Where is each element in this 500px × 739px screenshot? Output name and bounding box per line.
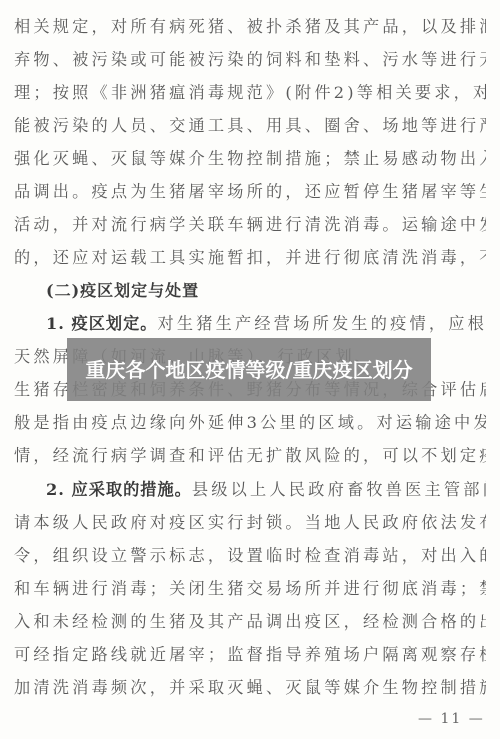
text-line: 入和未经检测的生猪及其产品调出疫区，经检测合格的出栏肥猪 <box>14 612 486 632</box>
document-page: 相关规定，对所有病死猪、被扑杀猪及其产品，以及排泄物、餐厨废 弃物、被污染或可能… <box>0 0 500 739</box>
item-1-lead: 1. 疫区划定。 <box>46 314 157 333</box>
text-line: 请本级人民政府对疫区实行封锁。当地人民政府依法发布封锁 <box>14 513 486 533</box>
overlay-title-banner: 重庆各个地区疫情等级/重庆疫区划分 <box>67 338 431 401</box>
text-line: 令，组织设立警示标志，设置临时检查消毒站，对出入的相关人员 <box>14 546 486 566</box>
section-heading: (二)疫区划定与处置 <box>46 281 199 301</box>
page-number: — 11 — <box>418 710 485 728</box>
text-line: 相关规定，对所有病死猪、被扑杀猪及其产品，以及排泄物、餐厨废 <box>14 17 486 37</box>
text-line: 强化灭蝇、灭鼠等媒介生物控制措施；禁止易感动物出入和相关产 <box>14 149 486 169</box>
text-line: 理；按照《非洲猪瘟消毒规范》(附件2)等相关要求，对被污染或可 <box>14 83 486 103</box>
item-2-first-line: 2. 应采取的措施。县级以上人民政府畜牧兽医主管部门报 <box>46 480 486 500</box>
overlay-title: 重庆各个地区疫情等级/重庆疫区划分 <box>79 357 419 383</box>
text-line: 般是指由疫点边缘向外延伸3公里的区域。对运输途中发生的疫 <box>14 413 486 433</box>
text-line: 可经指定路线就近屠宰；监督指导养殖场户隔离观察存栏生猪，增 <box>14 645 486 665</box>
text-line: 情，经流行病学调查和评估无扩散风险的，可以不划定疫区。 <box>14 446 486 466</box>
text-line: 弃物、被污染或可能被污染的饲料和垫料、污水等进行无害化处 <box>14 50 486 70</box>
text-line: 品调出。疫点为生猪屠宰场所的，还应暂停生猪屠宰等生产经营 <box>14 182 486 202</box>
item-2-lead: 2. 应采取的措施。 <box>46 480 192 499</box>
item-1-first-line-text: 对生猪生产经营场所发生的疫情，应根据当地 <box>157 314 486 333</box>
item-1-first-line: 1. 疫区划定。对生猪生产经营场所发生的疫情，应根据当地 <box>46 314 486 334</box>
text-line: 和车辆进行消毒；关闭生猪交易场所并进行彻底消毒；禁止生猪调 <box>14 579 486 599</box>
item-2-first-line-text: 县级以上人民政府畜牧兽医主管部门报 <box>192 480 486 499</box>
text-line: 的，还应对运载工具实施暂扣，并进行彻底清洗消毒，不得劝返。 <box>14 248 486 268</box>
text-line: 加清洗消毒频次，并采取灭蝇、灭鼠等媒介生物控制措施。 <box>14 678 486 698</box>
text-line: 能被污染的人员、交通工具、用具、圈舍、场地等进行严格消毒，并 <box>14 116 486 136</box>
text-line: 活动，并对流行病学关联车辆进行清洗消毒。运输途中发现疫情 <box>14 215 486 235</box>
